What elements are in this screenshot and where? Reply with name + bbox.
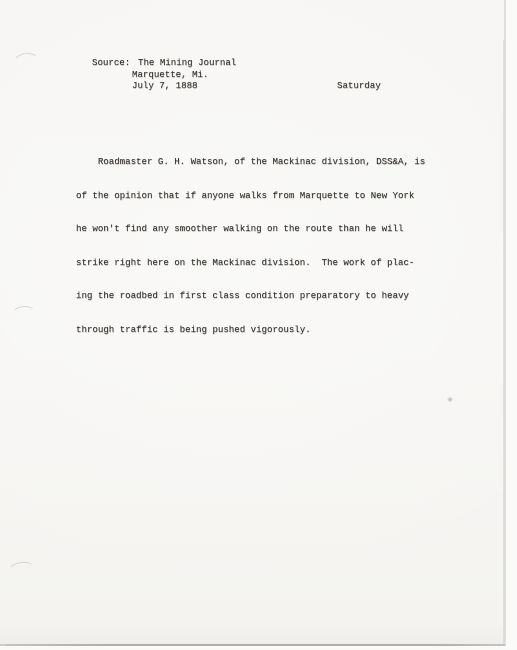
article-line: through traffic is being pushed vigorous…: [76, 324, 425, 335]
smudge-mark: [447, 397, 453, 402]
article-line: ing the roadbed in first class condition…: [76, 290, 425, 301]
paper-bottom-edge: [6, 644, 505, 646]
source-label: Source:: [92, 57, 130, 68]
article-paragraph: Roadmaster G. H. Watson, of the Mackinac…: [76, 134, 425, 357]
source-publication: The Mining Journal: [138, 57, 236, 68]
scan-viewport: Source: The Mining Journal Marquette, Mi…: [0, 0, 517, 650]
source-location: Marquette, Mi.: [132, 69, 208, 80]
article-line: of the opinion that if anyone walks from…: [76, 190, 425, 201]
weekday-label: Saturday: [337, 80, 381, 91]
article-line: Roadmaster G. H. Watson, of the Mackinac…: [76, 156, 425, 167]
paper-right-edge: [503, 40, 505, 644]
article-line: he won't find any smoother walking on th…: [76, 223, 425, 234]
source-date: July 7, 1888: [132, 80, 198, 91]
article-line: strike right here on the Mackinac divisi…: [76, 257, 425, 268]
